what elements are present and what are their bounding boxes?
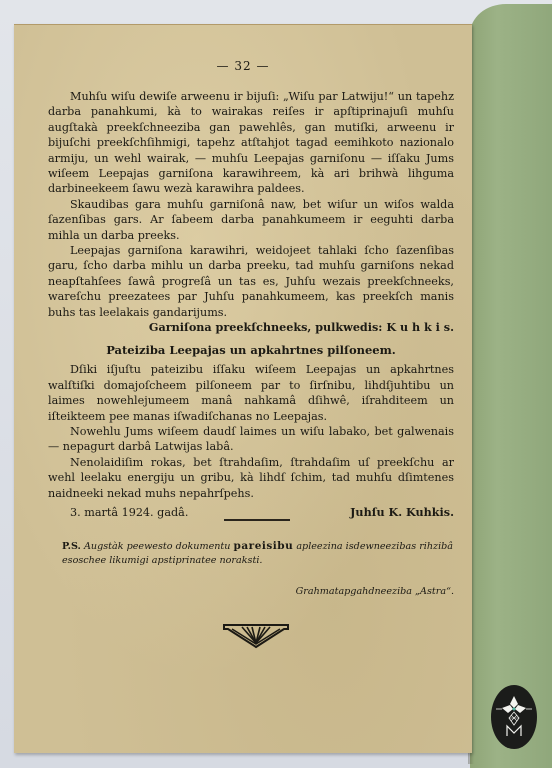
divider-rule	[224, 519, 290, 521]
ps-emphasis: pareisibu	[234, 540, 294, 552]
section-heading: Pateiziba Leepajas un apkahrtnes pilſone…	[48, 343, 454, 358]
fan-ornament-icon	[222, 619, 290, 649]
body-section-1: Muhſu wiſu dewiſe arweenu ir bijuſi: „Wi…	[48, 89, 454, 336]
booklet-cover-green	[470, 4, 552, 768]
postscript: P.S. Augstàk peewesto dokumentu pareisib…	[62, 539, 454, 568]
paragraph: Muhſu wiſu dewiſe arweenu ir bijuſi: „Wi…	[48, 89, 454, 197]
paragraph: Leepajas garniſona karawihri, weidojeet …	[48, 243, 454, 320]
ps-text-1: Augstàk peewesto dokumentu	[84, 541, 231, 552]
page-number: — 32 —	[14, 59, 472, 73]
publisher-line: Grahmatapgahdneeziba „Astra“.	[62, 586, 454, 597]
ps-label: P.S.	[62, 541, 81, 552]
paragraph: Dſiki iſjuſtu pateizibu iſſaku wiſeem Le…	[48, 362, 454, 424]
paragraph: Skaudibas gara muhſu garniſonâ naw, bet …	[48, 197, 454, 243]
signature-garrison-commander: Garniſona preekſchneeks, pulkwedis: K u …	[48, 320, 454, 335]
body-section-2: Pateiziba Leepajas un apkahrtnes pilſone…	[48, 343, 454, 520]
document-page: — 32 — Muhſu wiſu dewiſe arweenu ir biju…	[14, 24, 472, 753]
signature-kuhkis: Juhſu K. Kuhkis.	[350, 505, 454, 520]
paragraph: Nenolaidiſim rokas, bet ſtrahdaſim, ſtra…	[48, 455, 454, 501]
date: 3. martâ 1924. gadâ.	[70, 505, 188, 520]
flower-monogram-logo-icon	[490, 684, 538, 750]
paragraph: Nowehlu Jums wiſeem daudſ laimes un wiſu…	[48, 424, 454, 455]
